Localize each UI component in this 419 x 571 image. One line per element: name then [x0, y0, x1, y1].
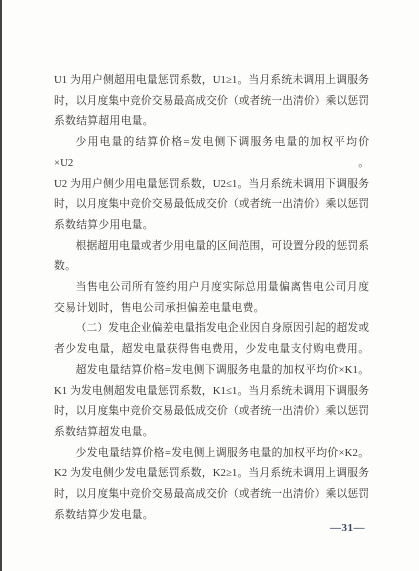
- text-line: U2 为用户侧少用电量惩罚系数，U2≤1。当月系统未调用下调服务: [54, 174, 369, 195]
- scan-edge-line: [0, 0, 2, 571]
- text-line: 系数结算超发电量。: [54, 422, 369, 443]
- text-line: 数。: [54, 256, 369, 277]
- text-line: 系数结算少发电量。: [54, 505, 369, 526]
- text-line: 时，以月度集中竞价交易最低成交价（或者统一出清价）乘以惩罚: [54, 194, 369, 215]
- page-number: —31—: [330, 522, 365, 534]
- text-line: U1 为用户侧超用电量惩罚系数，U1≥1。当月系统未调用上调服务: [54, 70, 369, 91]
- text-line: 时，以月度集中竞价交易最低成交价（或者统一出清价）乘以惩罚: [54, 401, 369, 422]
- text-line: 者少发电量，超发电量获得售电费用，少发电量支付购电费用。: [54, 339, 369, 360]
- text-line: 根据超用电量或者少用电量的区间范围，可设置分段的惩罚系: [54, 236, 369, 257]
- text-line: 少发电量结算价格=发电侧上调服务电量的加权平均价×K2。: [54, 443, 369, 464]
- text-line: 系数结算超用电量。: [54, 111, 369, 132]
- text-line: 交易计划时，售电公司承担偏差电量电费。: [54, 298, 369, 319]
- text-line: 当售电公司所有签约用户月度实际总用量偏离售电公司月度: [54, 277, 369, 298]
- text-line: （二）发电企业偏差电量指发电企业因自身原因引起的超发或: [54, 318, 369, 339]
- text-line: 超发电量结算价格=发电侧下调服务电量的加权平均价×K1。: [54, 360, 369, 381]
- text-line: 时，以月度集中竞价交易最高成交价（或者统一出清价）乘以惩罚: [54, 484, 369, 505]
- document-text: U1 为用户侧超用电量惩罚系数，U1≥1。当月系统未调用上调服务 时，以月度集中…: [54, 70, 369, 525]
- text-line: 少用电量的结算价格=发电侧下调服务电量的加权平均价×U2。: [54, 132, 369, 173]
- text-line: K1 为发电侧超发电量惩罚系数，K1≤1。当月系统未调用下调服务: [54, 381, 369, 402]
- text-line: 时，以月度集中竞价交易最高成交价（或者统一出清价）乘以惩罚: [54, 91, 369, 112]
- text-line: K2 为发电侧少发电量惩罚系数，K2≥1。当月系统未调用上调服务: [54, 463, 369, 484]
- text-line: 系数结算少用电量。: [54, 215, 369, 236]
